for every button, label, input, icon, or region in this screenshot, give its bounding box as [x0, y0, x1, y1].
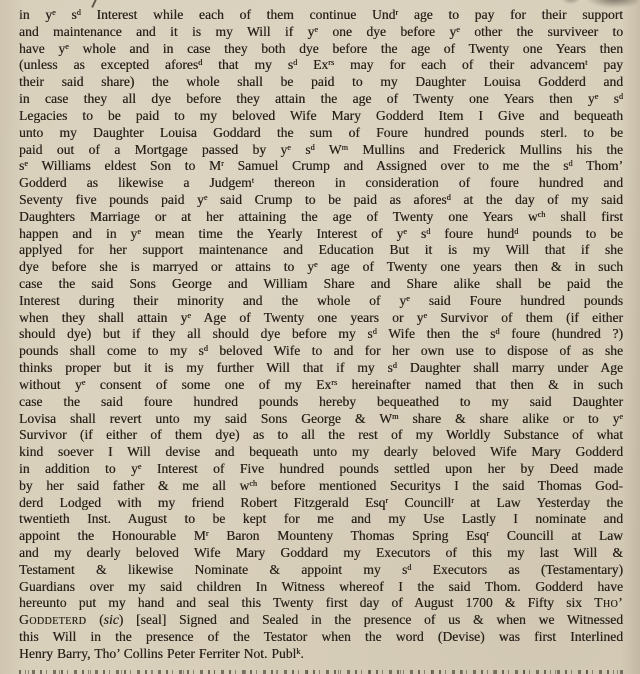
manuscript-page: in ye sd Interest while each of them con…	[0, 0, 640, 674]
text-line: when they shall attain ye Age of Twenty …	[19, 310, 623, 327]
text-line: Survivor (if either of them dye) as to a…	[19, 427, 623, 444]
text-line: and my dearly beloved Wife Mary Goddard …	[19, 545, 623, 562]
text-line: happen and in ye mean time the Yearly In…	[19, 226, 623, 243]
text-line: in ye sd Interest while each of them con…	[19, 7, 623, 24]
text-line: in addition to ye Interest of Five hundr…	[19, 461, 623, 478]
ink-smudge-top-right-small	[562, 0, 580, 4]
text-line: should dye) but if they all should dye b…	[19, 326, 623, 343]
text-line: twentieth Inst. August to be kept for me…	[19, 511, 623, 528]
text-line: and maintenance and it is my Will if ye …	[19, 24, 623, 41]
text-line: without ye consent of some one of my Exr…	[19, 377, 623, 394]
will-transcription-text: in ye sd Interest while each of them con…	[19, 7, 623, 663]
cutoff-next-line-fragment	[19, 670, 628, 674]
text-line: Interest during their minority and the w…	[19, 293, 623, 310]
text-line: unto my Daughter Louisa Goddard the sum …	[19, 125, 623, 142]
text-line: have ye whole and in case they both dye …	[19, 41, 623, 58]
text-line: appoint the Honourable Mr Baron Mounteny…	[19, 528, 623, 545]
text-line: Seventy five pounds paid ye said Crump t…	[19, 192, 623, 209]
text-line: in case they all dye before they attain …	[19, 91, 623, 108]
text-line: applyed for her support maintenance and …	[19, 242, 623, 259]
text-line: Guardians over my said children In Witne…	[19, 579, 623, 596]
text-line: thinks proper but it is my further Will …	[19, 360, 623, 377]
text-line: Testament & likewise Nominate & appoint …	[19, 562, 623, 579]
text-line: case the said Sons George and William Sh…	[19, 276, 623, 293]
text-line: se Williams eldest Son to Mr Samuel Crum…	[19, 158, 623, 175]
text-line: their said share) the whole shall be pai…	[19, 74, 623, 91]
text-line: kind soever I Will devise and bequeath u…	[19, 444, 623, 461]
text-line: dye before she is marryed or attains to …	[19, 259, 623, 276]
text-line: Godderd as likewise a Judgemt thereon in…	[19, 175, 623, 192]
text-line: Goddeterd (sic) [seal] Signed and Sealed…	[19, 612, 623, 629]
text-line: Lovisa shall revert unto my said Sons Ge…	[19, 411, 623, 428]
text-line: case the said foure hundred pounds hereb…	[19, 394, 623, 411]
text-line: Daughters Marriage or at her attaining t…	[19, 209, 623, 226]
text-line: hereunto put my hand and seal this Twent…	[19, 595, 623, 612]
text-line: this Will in the presence of the Testato…	[19, 629, 623, 646]
text-line: derd Lodged with my friend Robert Fitzge…	[19, 495, 623, 512]
text-line: by her said father & me all wch before m…	[19, 478, 623, 495]
text-line: paid out of a Mortgage passed by ye sd W…	[19, 142, 623, 159]
text-line: pounds shall come to my sd beloved Wife …	[19, 343, 623, 360]
text-line: Henry Barry, Tho’ Collins Peter Ferriter…	[19, 646, 623, 663]
text-line: (unless as excepted aforesd that my sd E…	[19, 57, 623, 74]
text-line: Legacies to be paid to my beloved Wife M…	[19, 108, 623, 125]
